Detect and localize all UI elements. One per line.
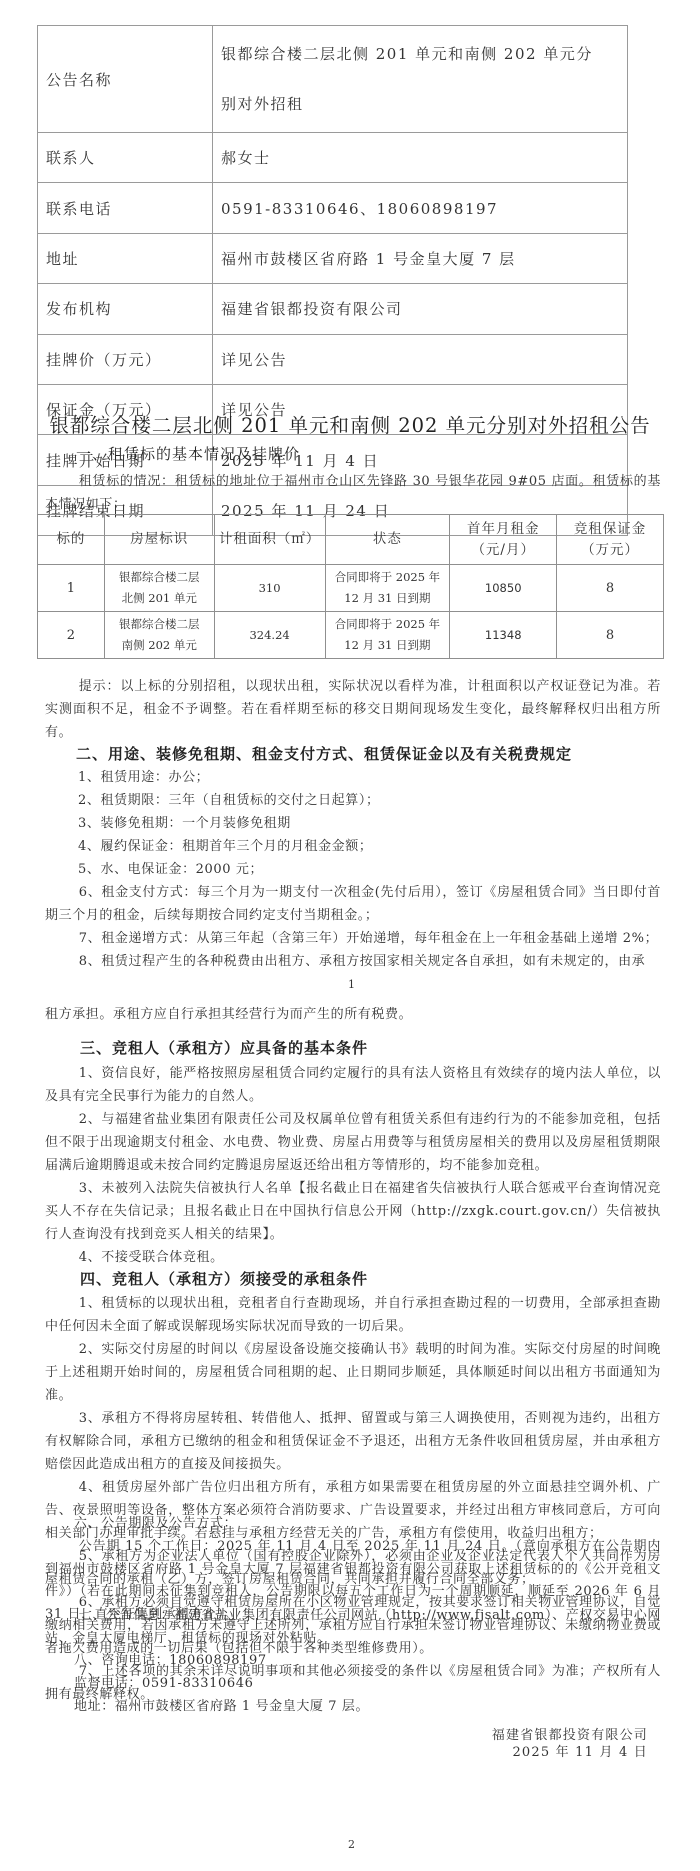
info-value: 郝女士 [213,133,628,183]
section2-item-6: 6、租金支付方式：每三个月为一期支付一次租金(先付后用），签订《房屋租赁合同》当… [45,881,661,927]
contact-address: 地址：福州市鼓楼区省府路 1 号金皇大厦 7 层。 [74,1696,369,1719]
area: 310 [214,565,325,612]
lot-table-header: 标的 房屋标识 计租面积（㎡） 状态 首年月租金（元/月） 竞租保证金（万元） [38,515,664,565]
info-value: 银都综合楼二层北侧 201 单元和南侧 202 单元分 别对外招租 [213,26,628,133]
unit-id-line: 银都综合楼二层 [108,567,211,588]
section4-item: 1、租赁标的以现状出租，竞租者自行查勘现场，并自行承担查勘过程的一切费用，全部承… [45,1292,661,1338]
section4-heading: 四、竞租人（承租方）须接受的承租条件 [80,1268,368,1289]
unit-id-line: 银都综合楼二层 [108,614,211,635]
bid-deposit: 8 [557,565,664,612]
info-value-line: 银都综合楼二层北侧 201 单元和南侧 202 单元分 [221,29,619,79]
info-row-listing-price: 挂牌价（万元） 详见公告 [38,334,628,384]
section2-heading: 二、用途、装修免租期、租金支付方式、租赁保证金以及有关税费规定 [76,743,572,764]
info-row-title: 公告名称 银都综合楼二层北侧 201 单元和南侧 202 单元分 别对外招租 [38,26,628,133]
supervise-phone: 监督电话：0591-83310646 [74,1673,253,1696]
signature-block: 福建省银都投资有限公司 2025 年 11 月 4 日 [492,1727,648,1761]
bid-deposit: 8 [557,612,664,659]
col-header-rent: 首年月租金（元/月） [450,515,557,565]
lot-number: 2 [38,612,105,659]
section2-item: 2、租赁期限：三年（自租赁标的交付之日起算）； [78,789,380,812]
unit-id-line: 北侧 201 单元 [108,588,211,609]
table-row: 1 银都综合楼二层 北侧 201 单元 310 合同即将于 2025 年 12 … [38,565,664,612]
col-header-lot: 标的 [38,515,105,565]
first-year-rent: 11348 [450,612,557,659]
info-label: 联系电话 [38,183,213,233]
info-value: 0591-83310646、18060898197 [213,183,628,233]
page-number: 2 [348,1838,355,1851]
section3-item: 1、资信良好，能严格按照房屋租赁合同约定履行的具有法人资格且有效续存的境内法人单… [45,1062,661,1108]
info-value: 福建省银都投资有限公司 [213,284,628,334]
info-row-contact: 联系人 郝女士 [38,133,628,183]
status-line: 合同即将于 2025 年 [329,567,447,588]
info-label: 地址 [38,233,213,283]
section2-item-8: 8、租赁过程产生的各种税费由出租方、承租方按国家相关规定各自承担，如有未规定的，… [45,950,661,973]
signature-company: 福建省银都投资有限公司 [492,1727,648,1744]
section3-item: 4、不接受联合体竞租。 [45,1246,661,1269]
info-label: 联系人 [38,133,213,183]
status: 合同即将于 2025 年 12 月 31 日到期 [325,565,450,612]
col-header-unit: 房屋标识 [104,515,214,565]
section2-item-7: 7、租金递增方式：从第三年起（含第三年）开始递增，每年租金在上一年租金基础上递增… [45,927,661,950]
section1-heading: 一、租赁标的基本情况及挂牌价 [76,443,300,464]
section6-heading: 六、公告期限及公告方式： [74,1513,237,1536]
status: 合同即将于 2025 年 12 月 31 日到期 [325,612,450,659]
document-title: 银都综合楼二层北侧 201 单元和南侧 202 单元分别对外招租公告 [0,410,700,438]
section2-item: 1、租赁用途：办公； [78,766,209,789]
section3-item: 3、未被列入法院失信被执行人名单【报名截止日在福建省失信被执行人联合惩戒平台查询… [45,1177,661,1246]
info-label: 发布机构 [38,284,213,334]
unit-id: 银都综合楼二层 北侧 201 单元 [104,565,214,612]
info-row-address: 地址 福州市鼓楼区省府路 1 号金皇大厦 7 层 [38,233,628,283]
info-value: 详见公告 [213,334,628,384]
section7-text: 七、公告信息：福建省盐业集团有限责任公司网站（http://www.fjsalt… [45,1605,661,1650]
area: 324.24 [214,612,325,659]
signature-date: 2025 年 11 月 4 日 [492,1744,648,1761]
section3-heading: 三、竞租人（承租方）应具备的基本条件 [80,1037,368,1058]
info-row-phone: 联系电话 0591-83310646、18060898197 [38,183,628,233]
info-label: 公告名称 [38,26,213,133]
section3-item: 2、与福建省盐业集团有限责任公司及权属单位曾有租赁关系但有违约行为的不能参加竞租… [45,1108,661,1177]
section1-note: 提示：以上标的分别招租，以现状出租，实际状况以看样为准，计租面积以产权证登记为准… [45,675,661,744]
info-value-line: 别对外招租 [221,79,619,129]
section4-item: 2、实际交付房屋的时间以《房屋设备设施交接确认书》载明的时间为准。实际交付房屋的… [45,1338,661,1407]
col-header-status: 状态 [325,515,450,565]
lot-table: 标的 房屋标识 计租面积（㎡） 状态 首年月租金（元/月） 竞租保证金（万元） … [37,514,664,659]
unit-id-line: 南侧 202 单元 [108,635,211,656]
status-line: 合同即将于 2025 年 [329,614,447,635]
section2-item: 4、履约保证金：租期首年三个月的月租金金额； [78,835,372,858]
status-line: 12 月 31 日到期 [329,588,447,609]
lot-number: 1 [38,565,105,612]
status-line: 12 月 31 日到期 [329,635,447,656]
page-number: 1 [348,978,355,991]
section2-item-8-cont: 租方承担。承租方应自行承担其经营行为而产生的所有税费。 [45,1003,661,1026]
section4-item: 3、承租方不得将房屋转租、转借他人、抵押、留置或与第三人调换使用，否则视为违约，… [45,1407,661,1476]
table-row: 2 银都综合楼二层 南侧 202 单元 324.24 合同即将于 2025 年 … [38,612,664,659]
info-value: 福州市鼓楼区省府路 1 号金皇大厦 7 层 [213,233,628,283]
consult-phone: 八、咨询电话：18060898197 [74,1650,267,1673]
info-row-publisher: 发布机构 福建省银都投资有限公司 [38,284,628,334]
info-label: 挂牌价（万元） [38,334,213,384]
section2-item: 5、水、电保证金：2000 元； [78,858,263,881]
section2-item: 3、装修免租期：一个月装修免租期 [78,812,291,835]
section1-intro: 租赁标的情况：租赁标的地址位于福州市仓山区先锋路 30 号银华花园 9#05 店… [45,470,661,516]
first-year-rent: 10850 [450,565,557,612]
col-header-area: 计租面积（㎡） [214,515,325,565]
unit-id: 银都综合楼二层 南侧 202 单元 [104,612,214,659]
col-header-deposit: 竞租保证金（万元） [557,515,664,565]
